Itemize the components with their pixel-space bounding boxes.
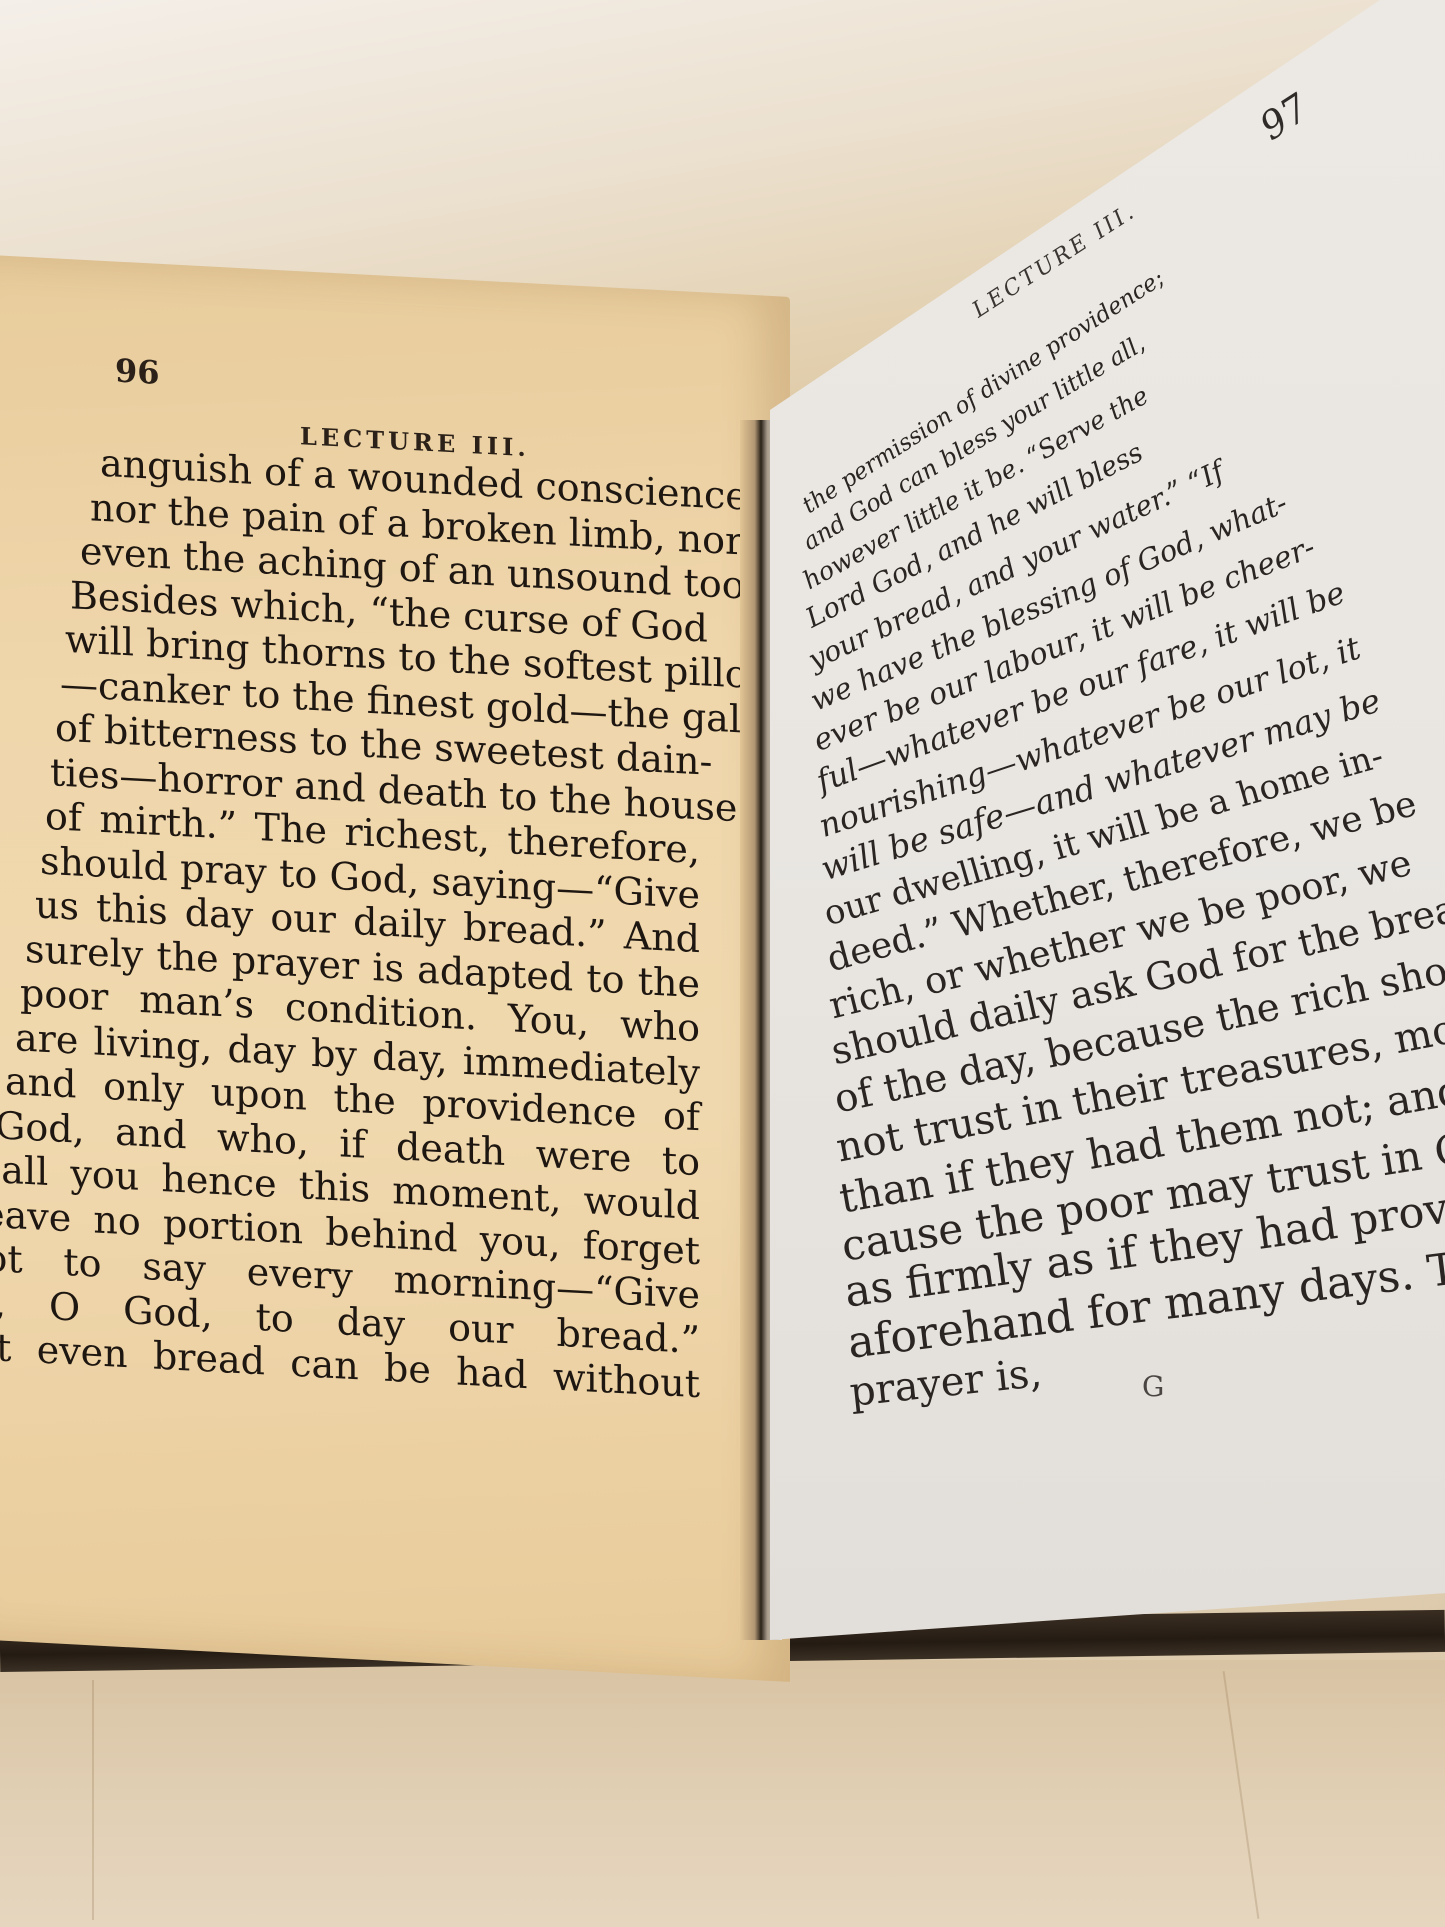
signature-mark: G [1142,1370,1164,1403]
fabric-crease [92,1680,94,1920]
right-page-number: 97 [1252,85,1317,148]
left-page-number: 96 [115,352,160,392]
fabric-background-bottom [0,1660,1445,1927]
fabric-crease [1223,1671,1260,1919]
left-page-body: anguish of a wounded conscience, nor the… [10,436,690,1406]
left-page: 96 LECTURE III. anguish of a wounded con… [0,255,790,1682]
